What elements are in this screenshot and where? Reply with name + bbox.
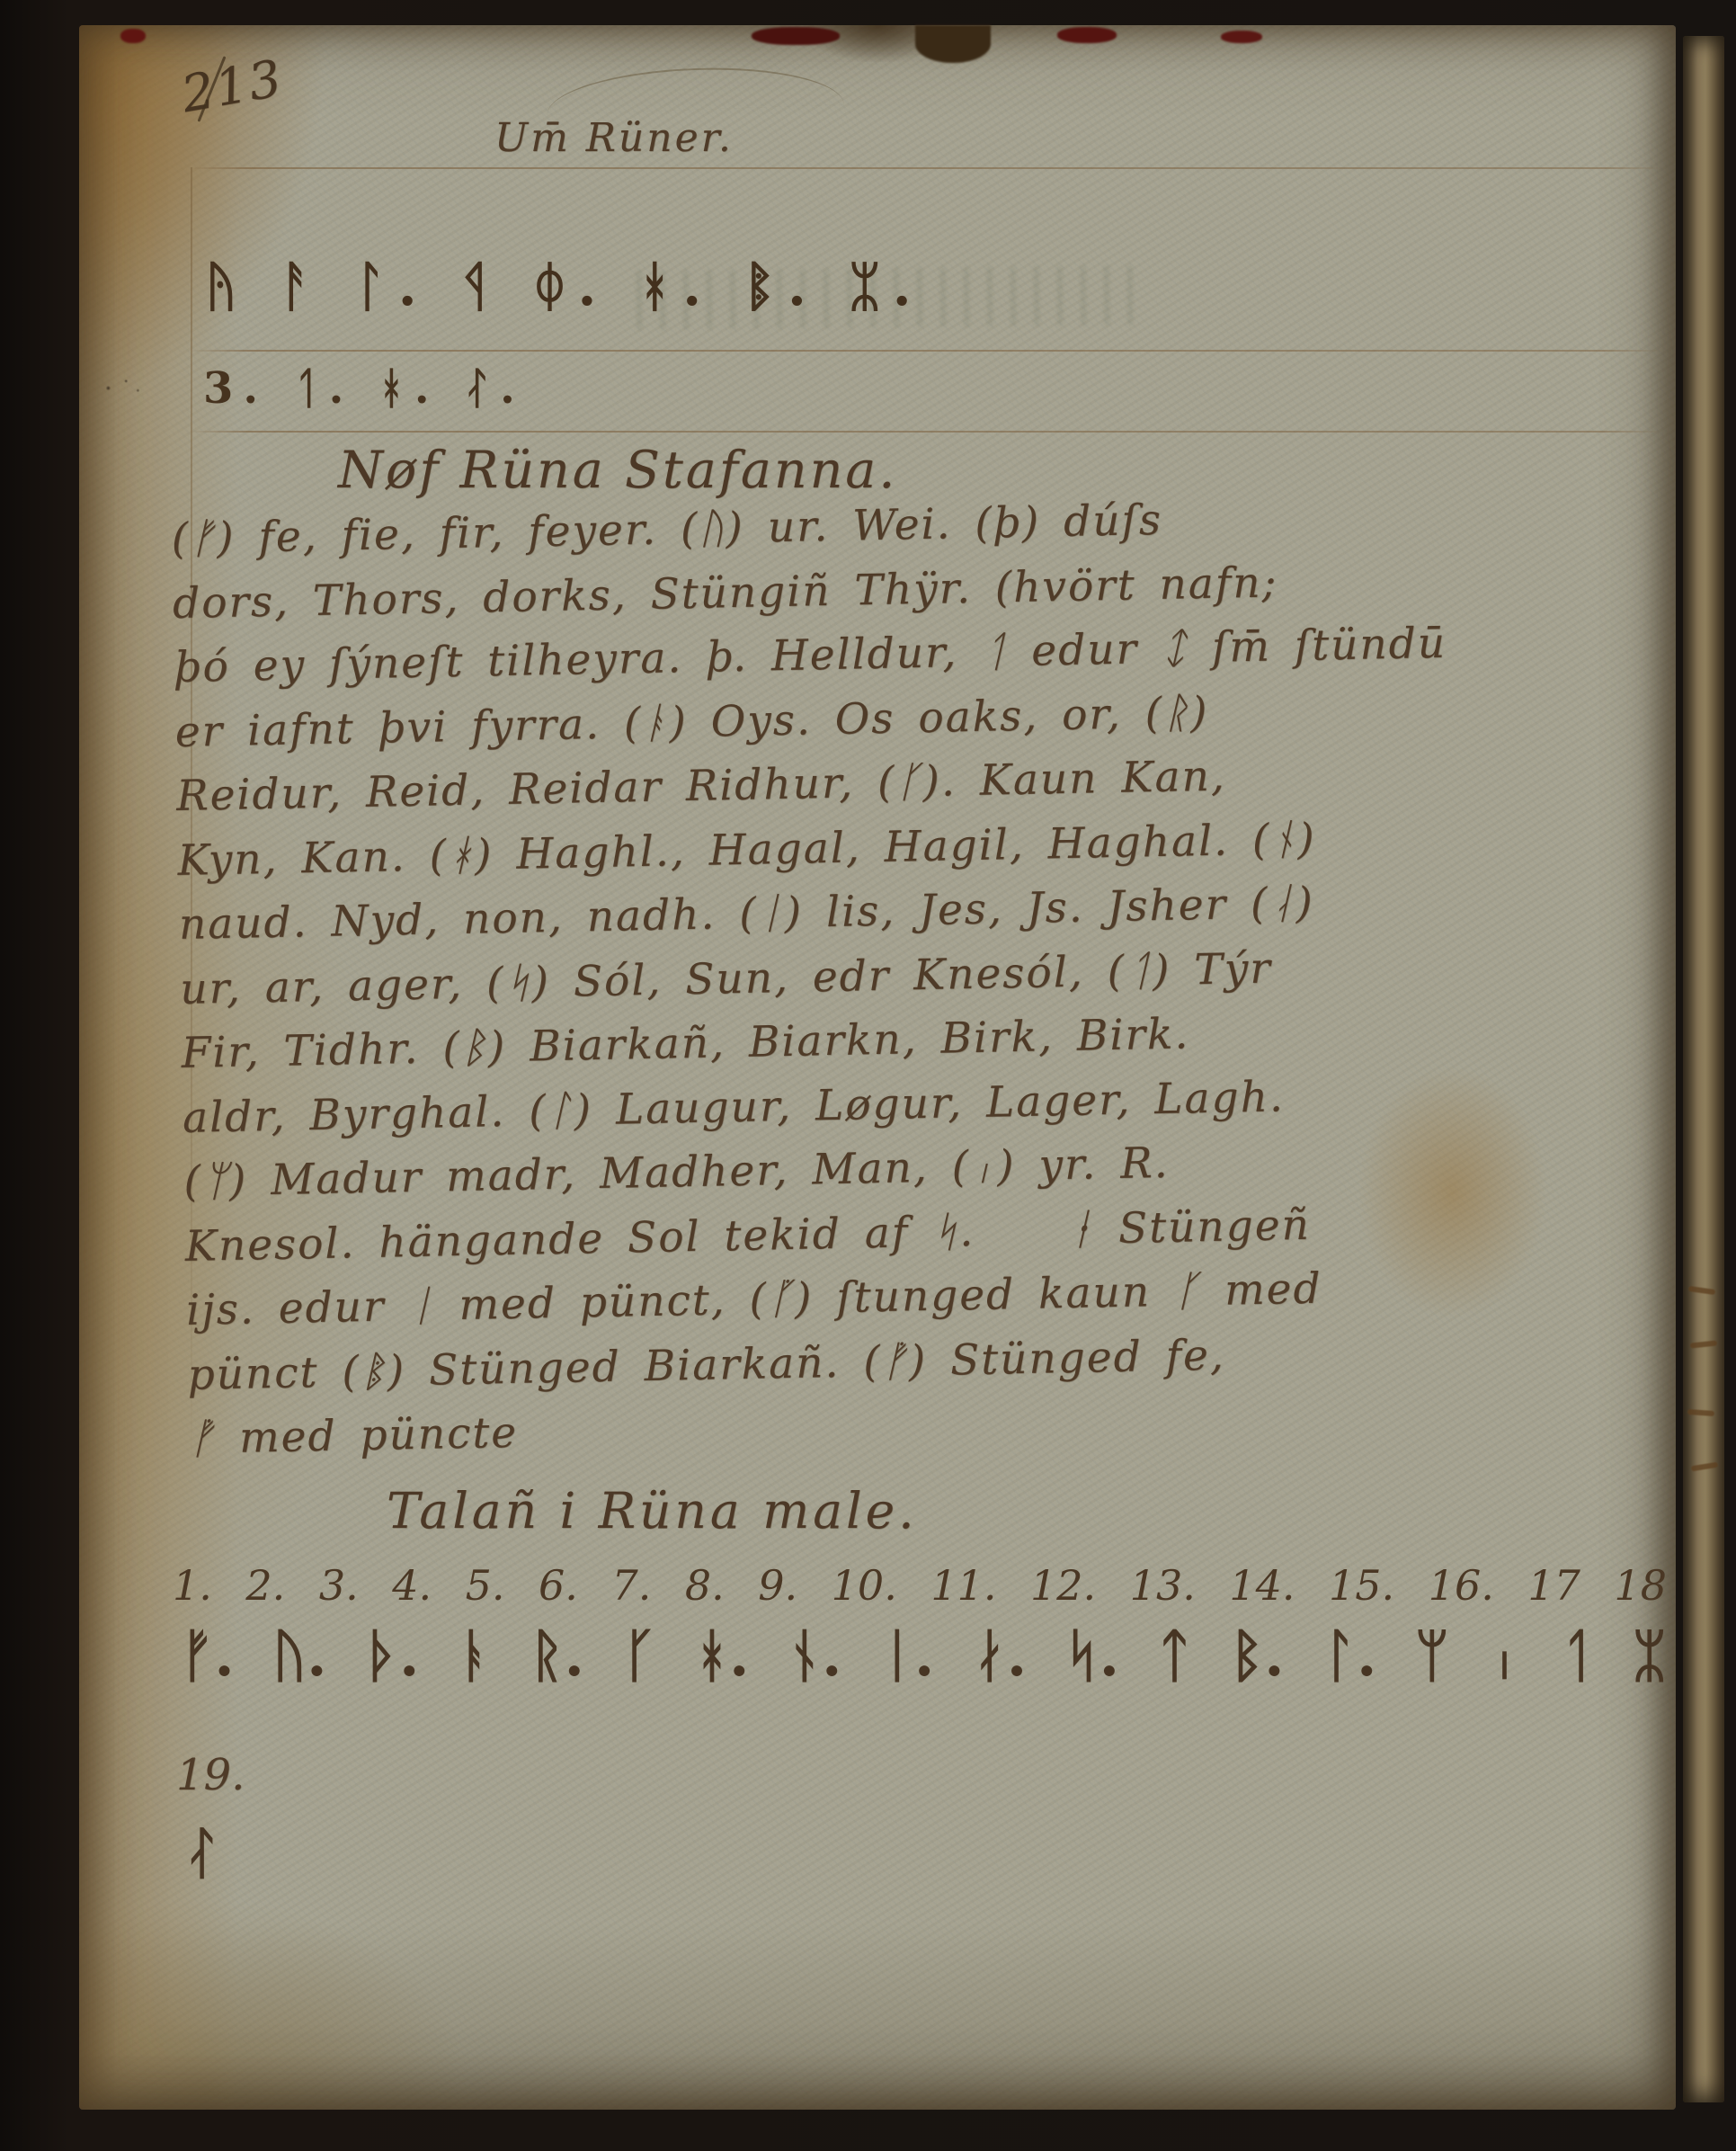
rune-glyph: ᚭ [458,1622,492,1690]
margin-ink-specks [104,374,144,397]
rune-glyph: ᚱ. [530,1622,584,1690]
numeral: 18 [1614,1561,1667,1610]
heading-rune-names: Nøf Rüna Stafanna. [338,441,897,500]
adjacent-page-edge [1683,36,1724,2102]
numeral: 4. [392,1561,432,1610]
numeral: 14. [1229,1561,1295,1610]
heading-rune-numbers: Talañ i Rüna male. [387,1482,918,1540]
rune-glyph: ᚢ. [272,1622,327,1690]
rune-glyph: ᛘ [1415,1622,1449,1690]
numeral: 16. [1429,1561,1494,1610]
numeral: 9. [758,1561,797,1610]
numeral: 6. [539,1561,578,1610]
red-stain [120,29,146,43]
rune-number-row: ᚠ. ᚢ. ᚦ. ᚭ ᚱ. ᚴ ᚼ. ᚾ. ᛁ. ᛅ. ᛋ. ᛏ ᛒ. ᛚ. ᛘ… [180,1622,1667,1690]
numeral-row: 1. 2. 3. 4. 5. 6. 7. 8. 9. 10. 11. 12. 1… [173,1561,1667,1610]
ink-mark [1687,1409,1714,1416]
rune-glyph: ᚼ. [695,1622,750,1690]
rune-glyph: ᛋ. [1064,1622,1119,1690]
rune-glyph: ᛅ. [972,1622,1027,1690]
rune-glyph: ᛁ. [880,1622,935,1690]
numeral: 2. [245,1561,285,1610]
rune-glyph: ᛐ [1560,1622,1594,1690]
numeral: 17 [1527,1561,1580,1610]
rune-glyph: ᚦ. [365,1622,420,1690]
numeral: 15. [1329,1561,1394,1610]
numeral: 1. [173,1561,212,1610]
ink-mark [1688,1286,1716,1295]
numeral-19: 19. [176,1750,245,1800]
rune-glyph: ᛏ [1157,1622,1191,1690]
pencil-mark [546,63,843,114]
ruled-line-top [189,167,1663,169]
numeral: 5. [466,1561,505,1610]
red-stain [752,27,840,45]
rune-glyph: ᛒ. [1230,1622,1285,1690]
page-title: Um̄ Rüner. [494,115,734,161]
ink-blotch [915,25,991,63]
ruled-line-middle [189,350,1663,352]
rune-variant-row-2: 3. ᛐ. ᚼ. ᛮ. [203,363,525,414]
red-stain [1221,31,1262,43]
numeral: 13. [1130,1561,1196,1610]
ink-smudge [637,265,1141,330]
numeral: 10. [832,1561,897,1610]
page-number: 213 [177,49,287,125]
numeral: 3. [319,1561,359,1610]
numeral: 8. [685,1561,725,1610]
rune-glyph: ᚾ. [788,1622,842,1690]
rune-glyph: ᚴ [622,1622,656,1690]
manuscript-page: 213 Um̄ Rüner. ᚤ ᚨ ᛚ. ᛩ ᛰ. ᚼ. ᛔ. ᛯ. 3. ᛐ… [79,25,1676,2110]
rune-glyph: ᛧ [1487,1622,1521,1690]
numeral: 12. [1030,1561,1096,1610]
numeral: 7. [611,1561,651,1610]
rune-glyph-19: ᛮ [185,1820,218,1886]
ink-mark [1690,1340,1717,1348]
ruled-line-bottom [189,431,1663,433]
rune-glyph: ᛯ [1632,1622,1666,1690]
rune-glyph: ᚠ. [180,1622,235,1690]
ink-mark [1691,1462,1719,1472]
rune-glyph: ᛚ. [1322,1622,1377,1690]
numeral: 11. [930,1561,996,1610]
red-stain [1057,27,1117,43]
rune-names-paragraph: (ᚠ) fe, fie, fir, feyer. (ᚢ) ur. Wei. (þ… [171,478,1708,1472]
